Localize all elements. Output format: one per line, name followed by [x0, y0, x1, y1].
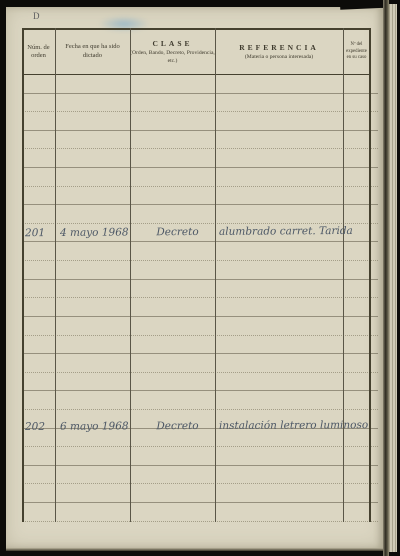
- ledger-page: D Núm. de orden Fecha en que ha sido dic…: [6, 7, 383, 548]
- row-line: [22, 149, 378, 168]
- header-referencia-sub: (Materia o persona interesada): [245, 54, 313, 61]
- row-line: [22, 94, 378, 113]
- row-line: [22, 354, 378, 373]
- row-line: [22, 466, 378, 485]
- column-rule: [55, 28, 56, 522]
- column-rule: [369, 28, 371, 522]
- entry-num: 202: [25, 421, 45, 433]
- column-rule: [215, 28, 216, 522]
- header-fecha: Fecha en que ha sido dictado: [55, 30, 130, 74]
- header-referencia-title: REFERENCIA: [239, 43, 319, 52]
- row-line: [22, 391, 378, 410]
- entry-fecha: 6 mayo 1968: [60, 420, 129, 432]
- row-line: [22, 280, 378, 299]
- row-line: [22, 131, 378, 150]
- column-rule: [22, 28, 24, 522]
- header-clase-title: CLASE: [152, 39, 192, 48]
- header-num: Núm. de orden: [22, 30, 55, 74]
- row-line: [22, 447, 378, 466]
- row-line: [22, 336, 378, 355]
- column-rule: [343, 28, 344, 522]
- entry-clase: Decreto: [140, 226, 215, 239]
- registry-table: Núm. de orden Fecha en que ha sido dicta…: [22, 28, 370, 522]
- entry-num: 201: [25, 227, 45, 239]
- entry-referencia: alumbrado carret. Tarida: [219, 225, 353, 238]
- row-line: [22, 261, 378, 280]
- table-header: Núm. de orden Fecha en que ha sido dicta…: [22, 28, 370, 75]
- table-row: 202 6 mayo 1968 Decreto instalación letr…: [22, 419, 370, 438]
- header-clase: CLASE (Orden, Bando, Decreto, Providenci…: [130, 30, 215, 74]
- row-line: [22, 373, 378, 392]
- corner-mark: D: [33, 11, 40, 21]
- row-line: [22, 242, 378, 261]
- row-line: [22, 205, 378, 224]
- row-line: [22, 112, 378, 131]
- row-line: [22, 298, 378, 317]
- header-referencia: REFERENCIA (Materia o persona interesada…: [215, 30, 343, 74]
- table-row: 201 4 mayo 1968 Decreto alumbrado carret…: [22, 225, 370, 244]
- row-line: [22, 317, 378, 336]
- header-expediente: Nº del expediente en su caso: [343, 30, 370, 74]
- row-line: [22, 168, 378, 187]
- row-line: [22, 187, 378, 206]
- entry-fecha: 4 mayo 1968: [60, 226, 129, 238]
- row-line: [22, 503, 378, 522]
- row-line: [22, 484, 378, 503]
- scanned-photo: D Núm. de orden Fecha en que ha sido dic…: [0, 0, 400, 556]
- entry-referencia: instalación letrero luminoso: [219, 419, 368, 432]
- entry-clase: Decreto: [140, 420, 215, 432]
- header-clase-sub: (Orden, Bando, Decreto, Providencia, etc…: [130, 50, 215, 65]
- column-rule: [130, 28, 131, 522]
- row-line: [22, 75, 378, 94]
- table-body-lines: [22, 75, 378, 522]
